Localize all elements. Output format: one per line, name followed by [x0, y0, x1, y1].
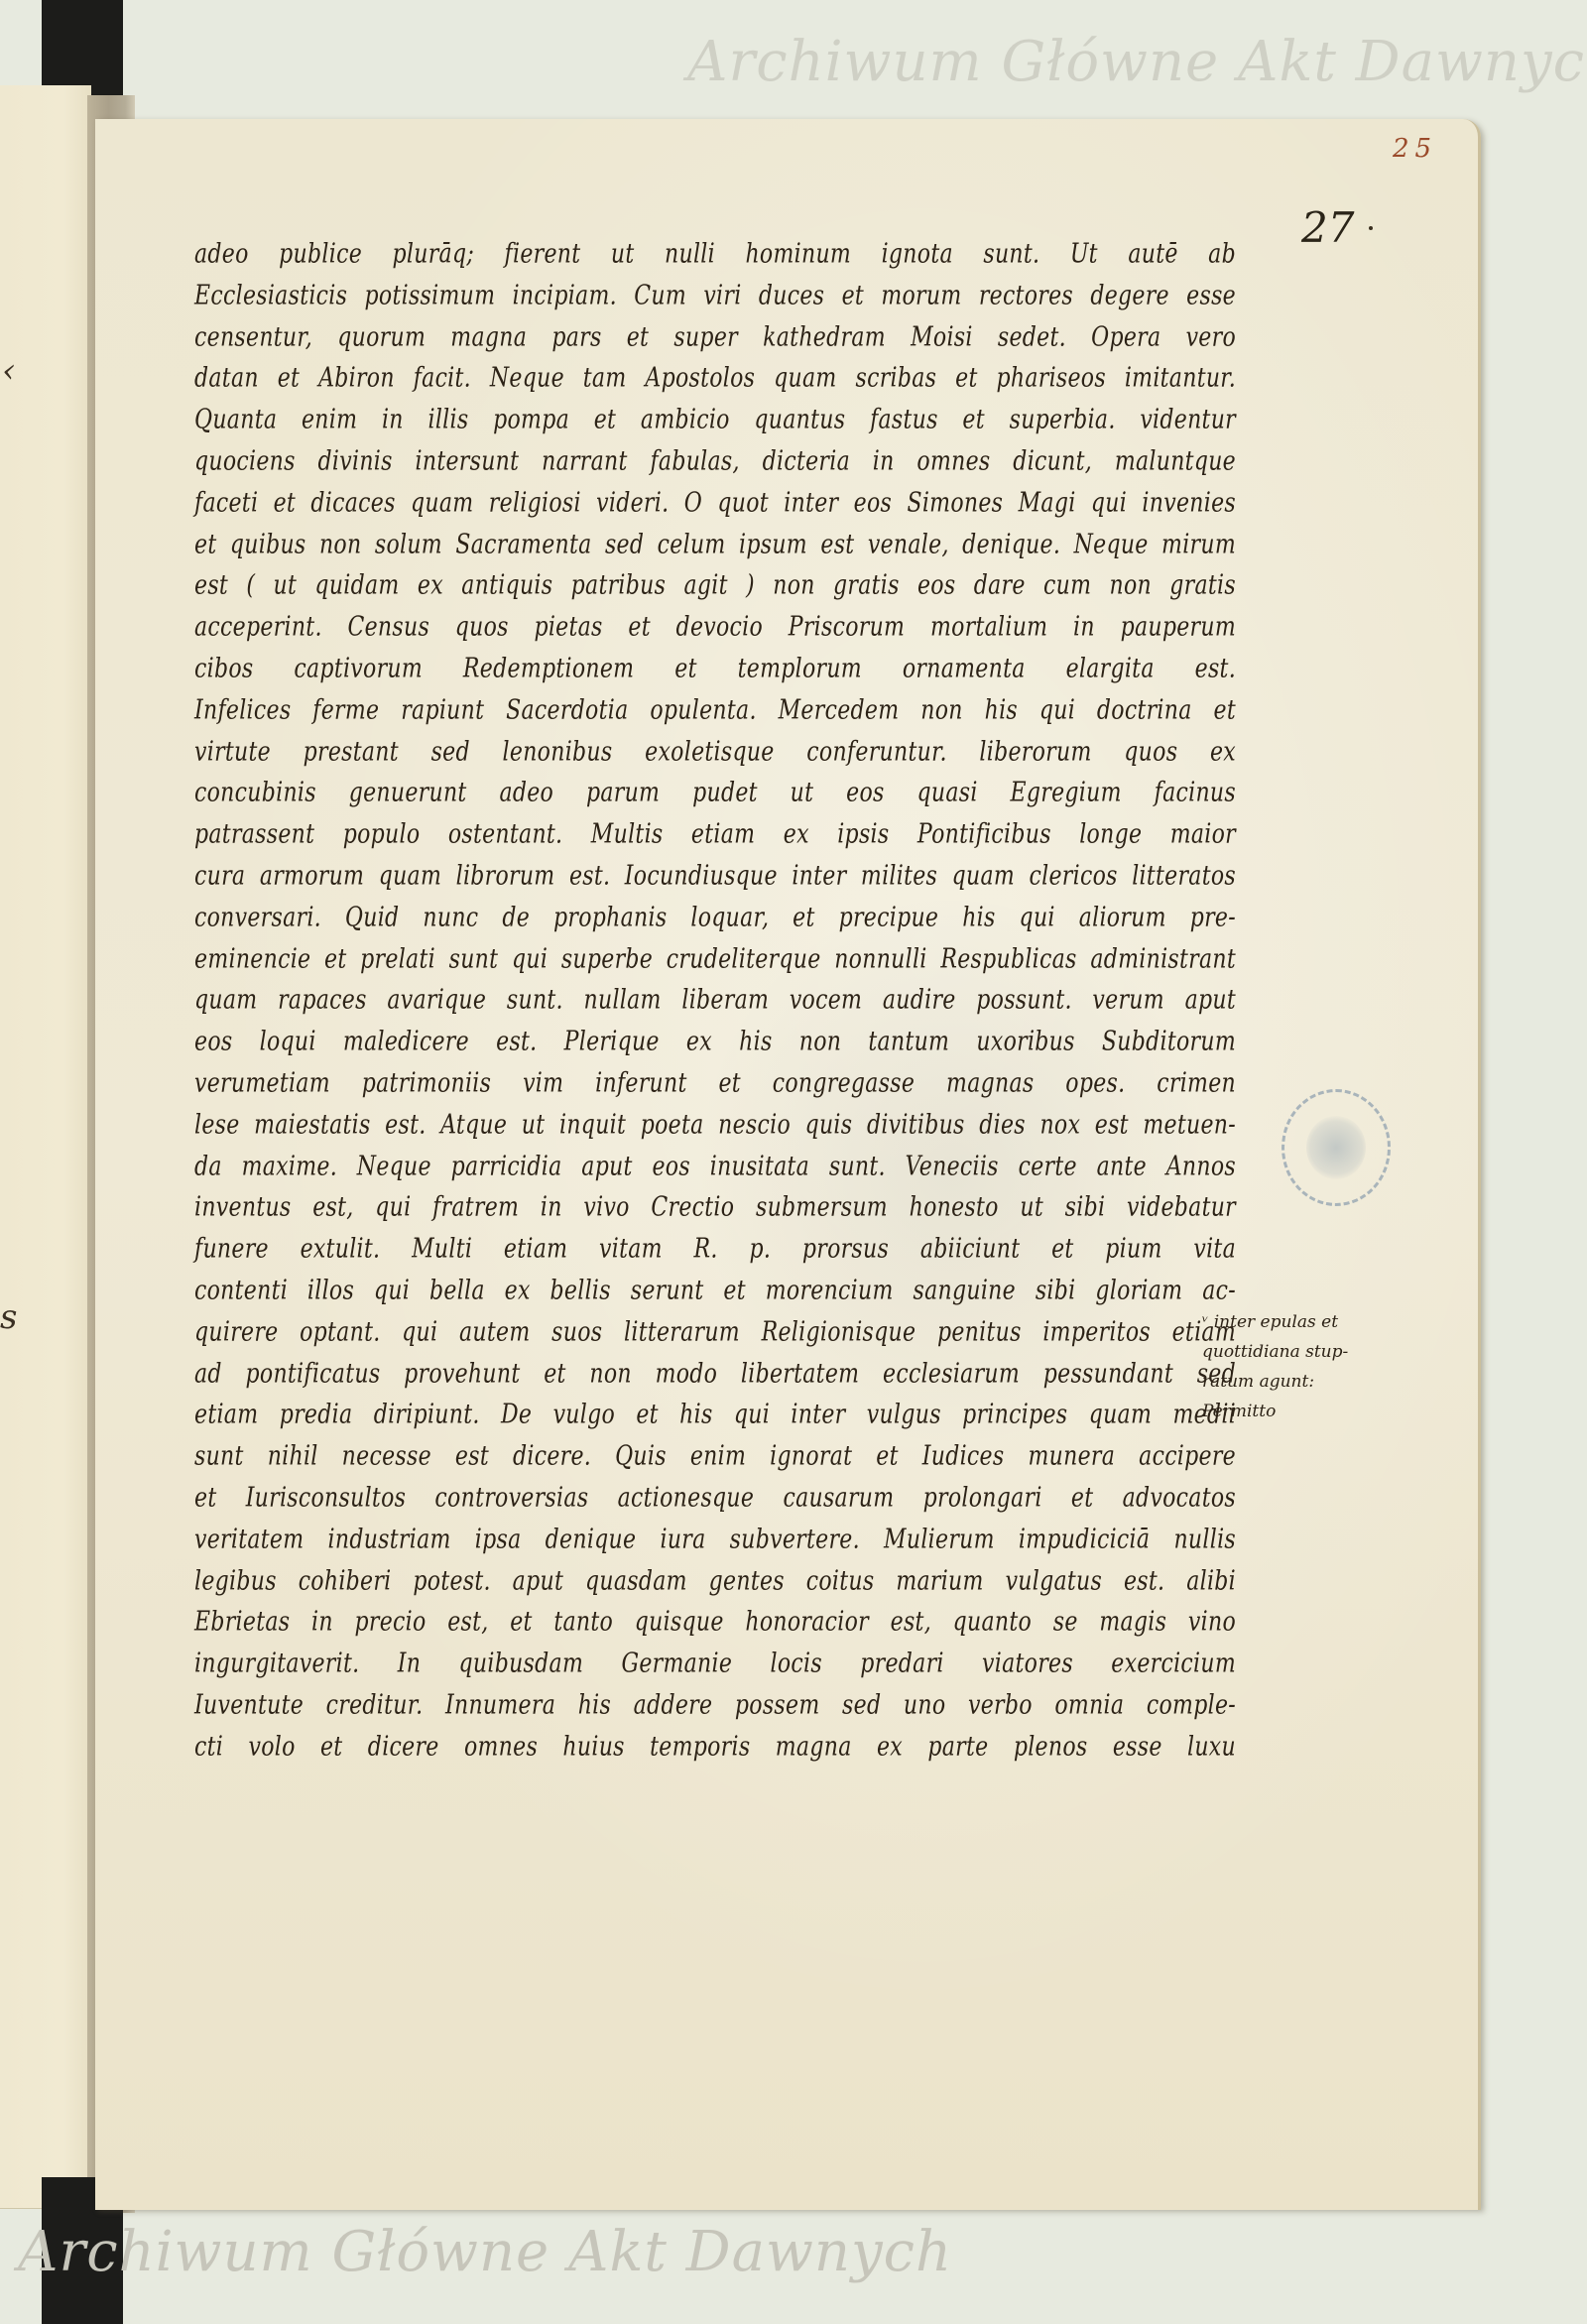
- bookmark-ribbon-top: [42, 0, 123, 99]
- main-text-block: adeo publice plurāq; fierent ut nulli ho…: [194, 234, 1236, 1768]
- margin-note-line: ratum agunt:: [1202, 1367, 1401, 1397]
- folio-number: 27: [1301, 203, 1354, 252]
- stamp-emblem: [1306, 1116, 1366, 1179]
- left-page-fragment: ‹: [2, 351, 16, 391]
- left-page-fragment: s: [0, 1297, 17, 1337]
- margin-note-line: quottidiana stup-: [1202, 1337, 1401, 1367]
- margin-note-line: ᵛ inter epulas et: [1202, 1307, 1401, 1337]
- watermark-top: Archiwum Główne Akt Dawnych: [687, 30, 1587, 94]
- left-page-edge: ‹ s: [0, 85, 91, 2209]
- archive-stamp-icon: [1282, 1089, 1391, 1206]
- text-line: cti volo et dicere omnes huius temporis …: [194, 1721, 1236, 1773]
- watermark-bottom: Archiwum Główne Akt Dawnych: [18, 2220, 952, 2284]
- marginal-annotation: ᵛ inter epulas et quottidiana stup- ratu…: [1202, 1307, 1401, 1426]
- old-folio-number: 25: [1393, 134, 1437, 164]
- margin-note-line: Permitto: [1202, 1397, 1401, 1426]
- folio-dot: [1369, 226, 1373, 230]
